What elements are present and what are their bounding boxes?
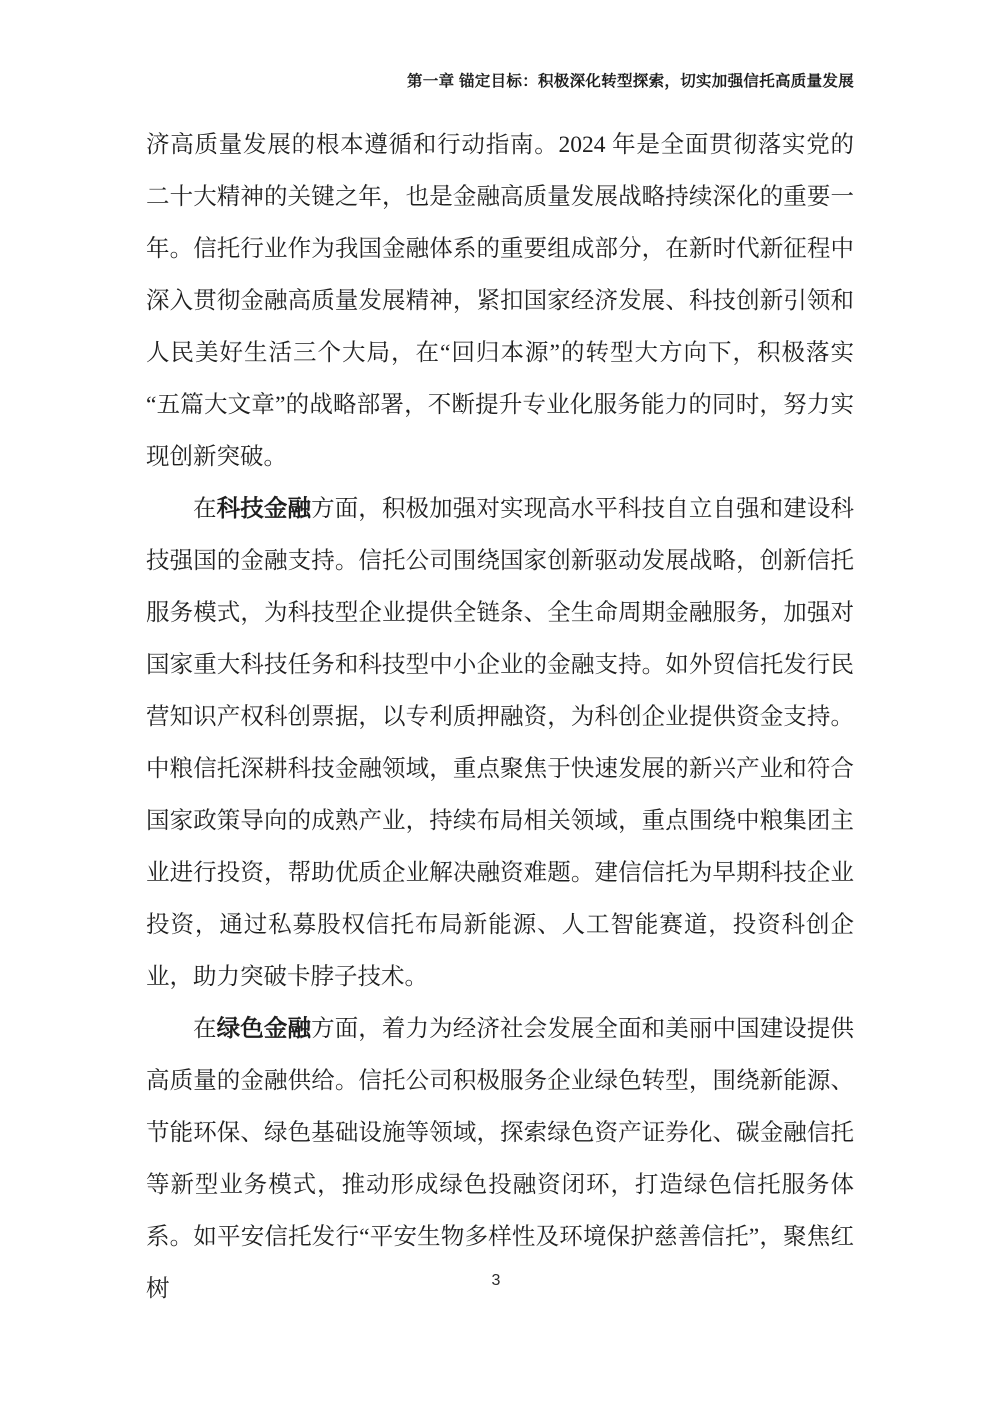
bold-text-run: 绿色金融: [217, 1016, 311, 1042]
text-run: 在: [193, 496, 217, 522]
running-header: 第一章 锚定目标：积极深化转型探索，切实加强信托高质量发展: [146, 72, 854, 92]
document-page: 第一章 锚定目标：积极深化转型探索，切实加强信托高质量发展 济高质量发展的根本遵…: [0, 0, 992, 1403]
paragraph: 在科技金融方面，积极加强对实现高水平科技自立自强和建设科技强国的金融支持。信托公…: [146, 483, 854, 1003]
text-run: 济高质量发展的根本遵循和行动指南。2024 年是全面贯彻落实党的二十大精神的关键…: [146, 132, 854, 470]
paragraph: 济高质量发展的根本遵循和行动指南。2024 年是全面贯彻落实党的二十大精神的关键…: [146, 119, 854, 483]
bold-text-run: 科技金融: [217, 496, 311, 522]
paragraph: 在绿色金融方面，着力为经济社会发展全面和美丽中国建设提供高质量的金融供给。信托公…: [146, 1003, 854, 1315]
text-run: 方面，着力为经济社会发展全面和美丽中国建设提供高质量的金融供给。信托公司积极服务…: [146, 1016, 854, 1302]
document-body: 济高质量发展的根本遵循和行动指南。2024 年是全面贯彻落实党的二十大精神的关键…: [146, 119, 854, 1315]
text-run: 在: [193, 1016, 217, 1042]
text-run: 方面，积极加强对实现高水平科技自立自强和建设科技强国的金融支持。信托公司围绕国家…: [146, 496, 854, 990]
page-number: 3: [0, 1270, 992, 1292]
